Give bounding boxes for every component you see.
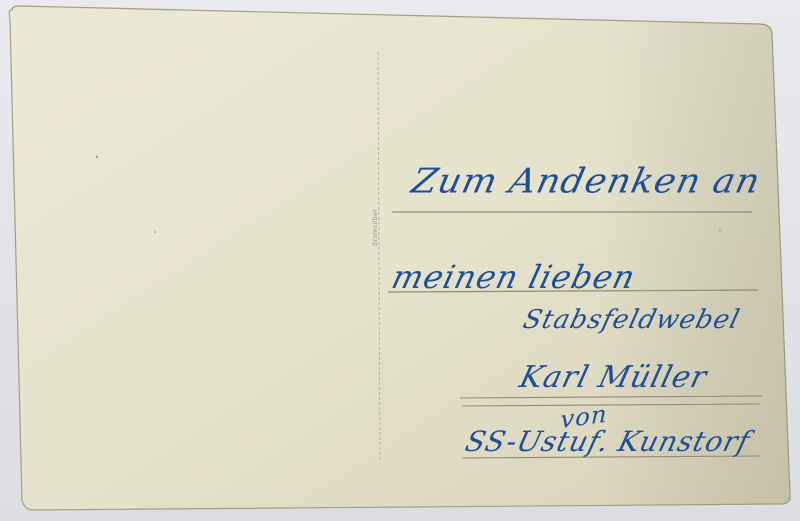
handwriting-line-2: meinen lieben [388, 258, 640, 296]
photo-scene: Bromsilber Zum Andenken an meinen lieben… [0, 0, 800, 521]
postcard-back: Bromsilber Zum Andenken an meinen lieben… [0, 0, 800, 521]
handwriting-line-1: Zum Andenken an [408, 162, 764, 201]
handwriting-line-4: Karl Müller [516, 360, 711, 395]
handwriting-line-3: Stabsfeldwebel [520, 305, 743, 335]
handwriting-line-6: SS-Ustuf. Kunstorf [462, 425, 754, 458]
divider-printer-mark: Bromsilber [372, 209, 379, 246]
